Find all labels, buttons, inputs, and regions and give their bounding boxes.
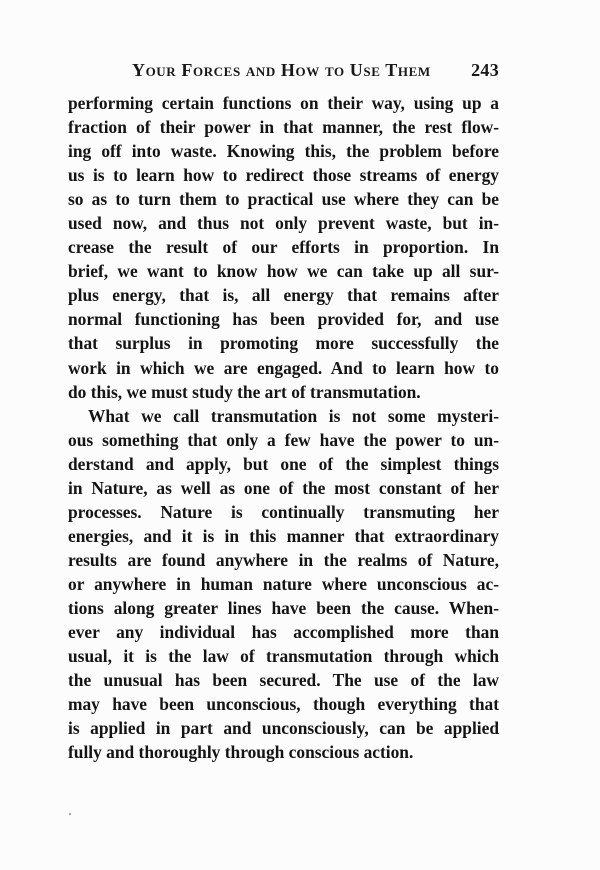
text-line: processes. Nature is continually transmu… <box>68 500 499 524</box>
text-line: What we call transmutation is not some m… <box>68 404 499 428</box>
text-line: in Nature, as well as one of the most co… <box>68 476 499 500</box>
text-line: tions along greater lines have been the … <box>68 596 499 620</box>
text-line: derstand and apply, but one of the simpl… <box>68 452 499 476</box>
text-line: used now, and thus not only prevent wast… <box>68 211 499 235</box>
text-line: usual, it is the law of transmutation th… <box>68 644 499 668</box>
text-line: crease the result of our efforts in prop… <box>68 235 499 259</box>
text-line: ing off into waste. Knowing this, the pr… <box>68 139 499 163</box>
text-line: do this, we must study the art of transm… <box>68 380 499 404</box>
text-line: ever any individual has accomplished mor… <box>68 620 499 644</box>
text-line: fully and thoroughly through conscious a… <box>68 740 499 764</box>
text-line: performing certain functions on their wa… <box>68 91 499 115</box>
text-line: normal functioning has been provided for… <box>68 307 499 331</box>
text-line: plus energy, that is, all energy that re… <box>68 283 499 307</box>
text-line: so as to turn them to practical use wher… <box>68 187 499 211</box>
text-line: or anywhere in human nature where uncons… <box>68 572 499 596</box>
text-line: brief, we want to know how we can take u… <box>68 259 499 283</box>
body-text: performing certain functions on their wa… <box>68 91 499 764</box>
running-head: Your Forces and How to Use Them 243 <box>68 60 499 84</box>
paragraph-1: performing certain functions on their wa… <box>68 91 499 404</box>
text-line: work in which we are engaged. And to lea… <box>68 356 499 380</box>
book-page: Your Forces and How to Use Them 243 perf… <box>0 0 600 870</box>
text-line: the unusual has been secured. The use of… <box>68 668 499 692</box>
text-line: is applied in part and unconsciously, ca… <box>68 716 499 740</box>
text-line: us is to learn how to redirect those str… <box>68 163 499 187</box>
paragraph-2: What we call transmutation is not some m… <box>68 404 499 765</box>
running-title: Your Forces and How to Use Them <box>132 60 431 81</box>
text-line: may have been unconscious, though everyt… <box>68 692 499 716</box>
text-line: that surplus in promoting more successfu… <box>68 331 499 355</box>
scan-speck <box>69 813 71 815</box>
text-line: energies, and it is in this manner that … <box>68 524 499 548</box>
text-line: ous something that only a few have the p… <box>68 428 499 452</box>
text-line: fraction of their power in that manner, … <box>68 115 499 139</box>
page-number: 243 <box>471 60 499 81</box>
text-line: results are found anywhere in the realms… <box>68 548 499 572</box>
